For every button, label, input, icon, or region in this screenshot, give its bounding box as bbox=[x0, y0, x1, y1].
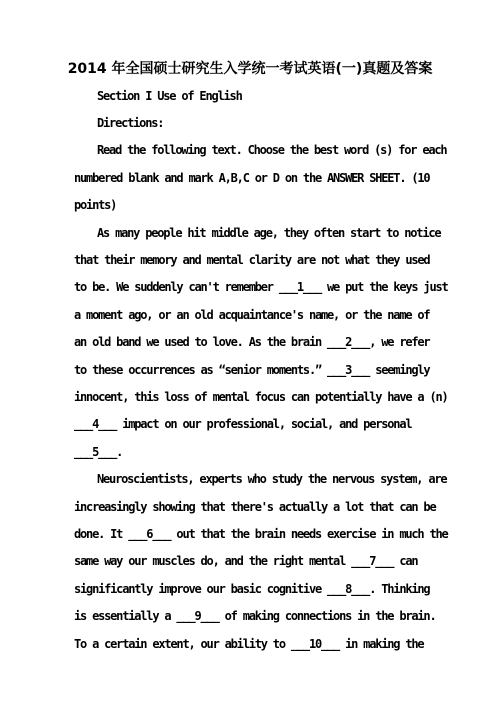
text-line: Directions: bbox=[74, 109, 426, 136]
document-content: 2014 年全国硕士研究生入学统一考试英语(一)真题及答案 Section I … bbox=[74, 54, 426, 657]
document-title: 2014 年全国硕士研究生入学统一考试英语(一)真题及答案 bbox=[74, 54, 426, 82]
text-line: to these occurrences as “senior moments.… bbox=[74, 356, 426, 383]
text-line: to be. We suddenly can't remember ___1__… bbox=[74, 274, 426, 301]
text-line: an old band we used to love. As the brai… bbox=[74, 329, 426, 356]
text-line: Neuroscientists, experts who study the n… bbox=[74, 465, 426, 492]
text-line: is essentially a ___9___ of making conne… bbox=[74, 602, 426, 629]
text-line: points) bbox=[74, 192, 426, 219]
text-line: Read the following text. Choose the best… bbox=[74, 137, 426, 164]
document-body: Section I Use of EnglishDirections:Read … bbox=[74, 82, 426, 657]
text-line: To a certain extent, our ability to ___1… bbox=[74, 630, 426, 657]
text-line: ___5___. bbox=[74, 438, 426, 465]
text-line: innocent, this loss of mental focus can … bbox=[74, 383, 426, 410]
text-line: done. It ___6___ out that the brain need… bbox=[74, 520, 426, 547]
text-line: significantly improve our basic cognitiv… bbox=[74, 575, 426, 602]
text-line: ___4___ impact on our professional, soci… bbox=[74, 411, 426, 438]
text-line: that their memory and mental clarity are… bbox=[74, 246, 426, 273]
text-line: As many people hit middle age, they ofte… bbox=[74, 219, 426, 246]
document-page: 2014 年全国硕士研究生入学统一考试英语(一)真题及答案 Section I … bbox=[0, 0, 496, 702]
text-line: a moment ago, or an old acquaintance's n… bbox=[74, 301, 426, 328]
text-line: numbered blank and mark A,B,C or D on th… bbox=[74, 164, 426, 191]
text-line: same way our muscles do, and the right m… bbox=[74, 548, 426, 575]
text-line: increasingly showing that there's actual… bbox=[74, 493, 426, 520]
text-line: Section I Use of English bbox=[74, 82, 426, 109]
